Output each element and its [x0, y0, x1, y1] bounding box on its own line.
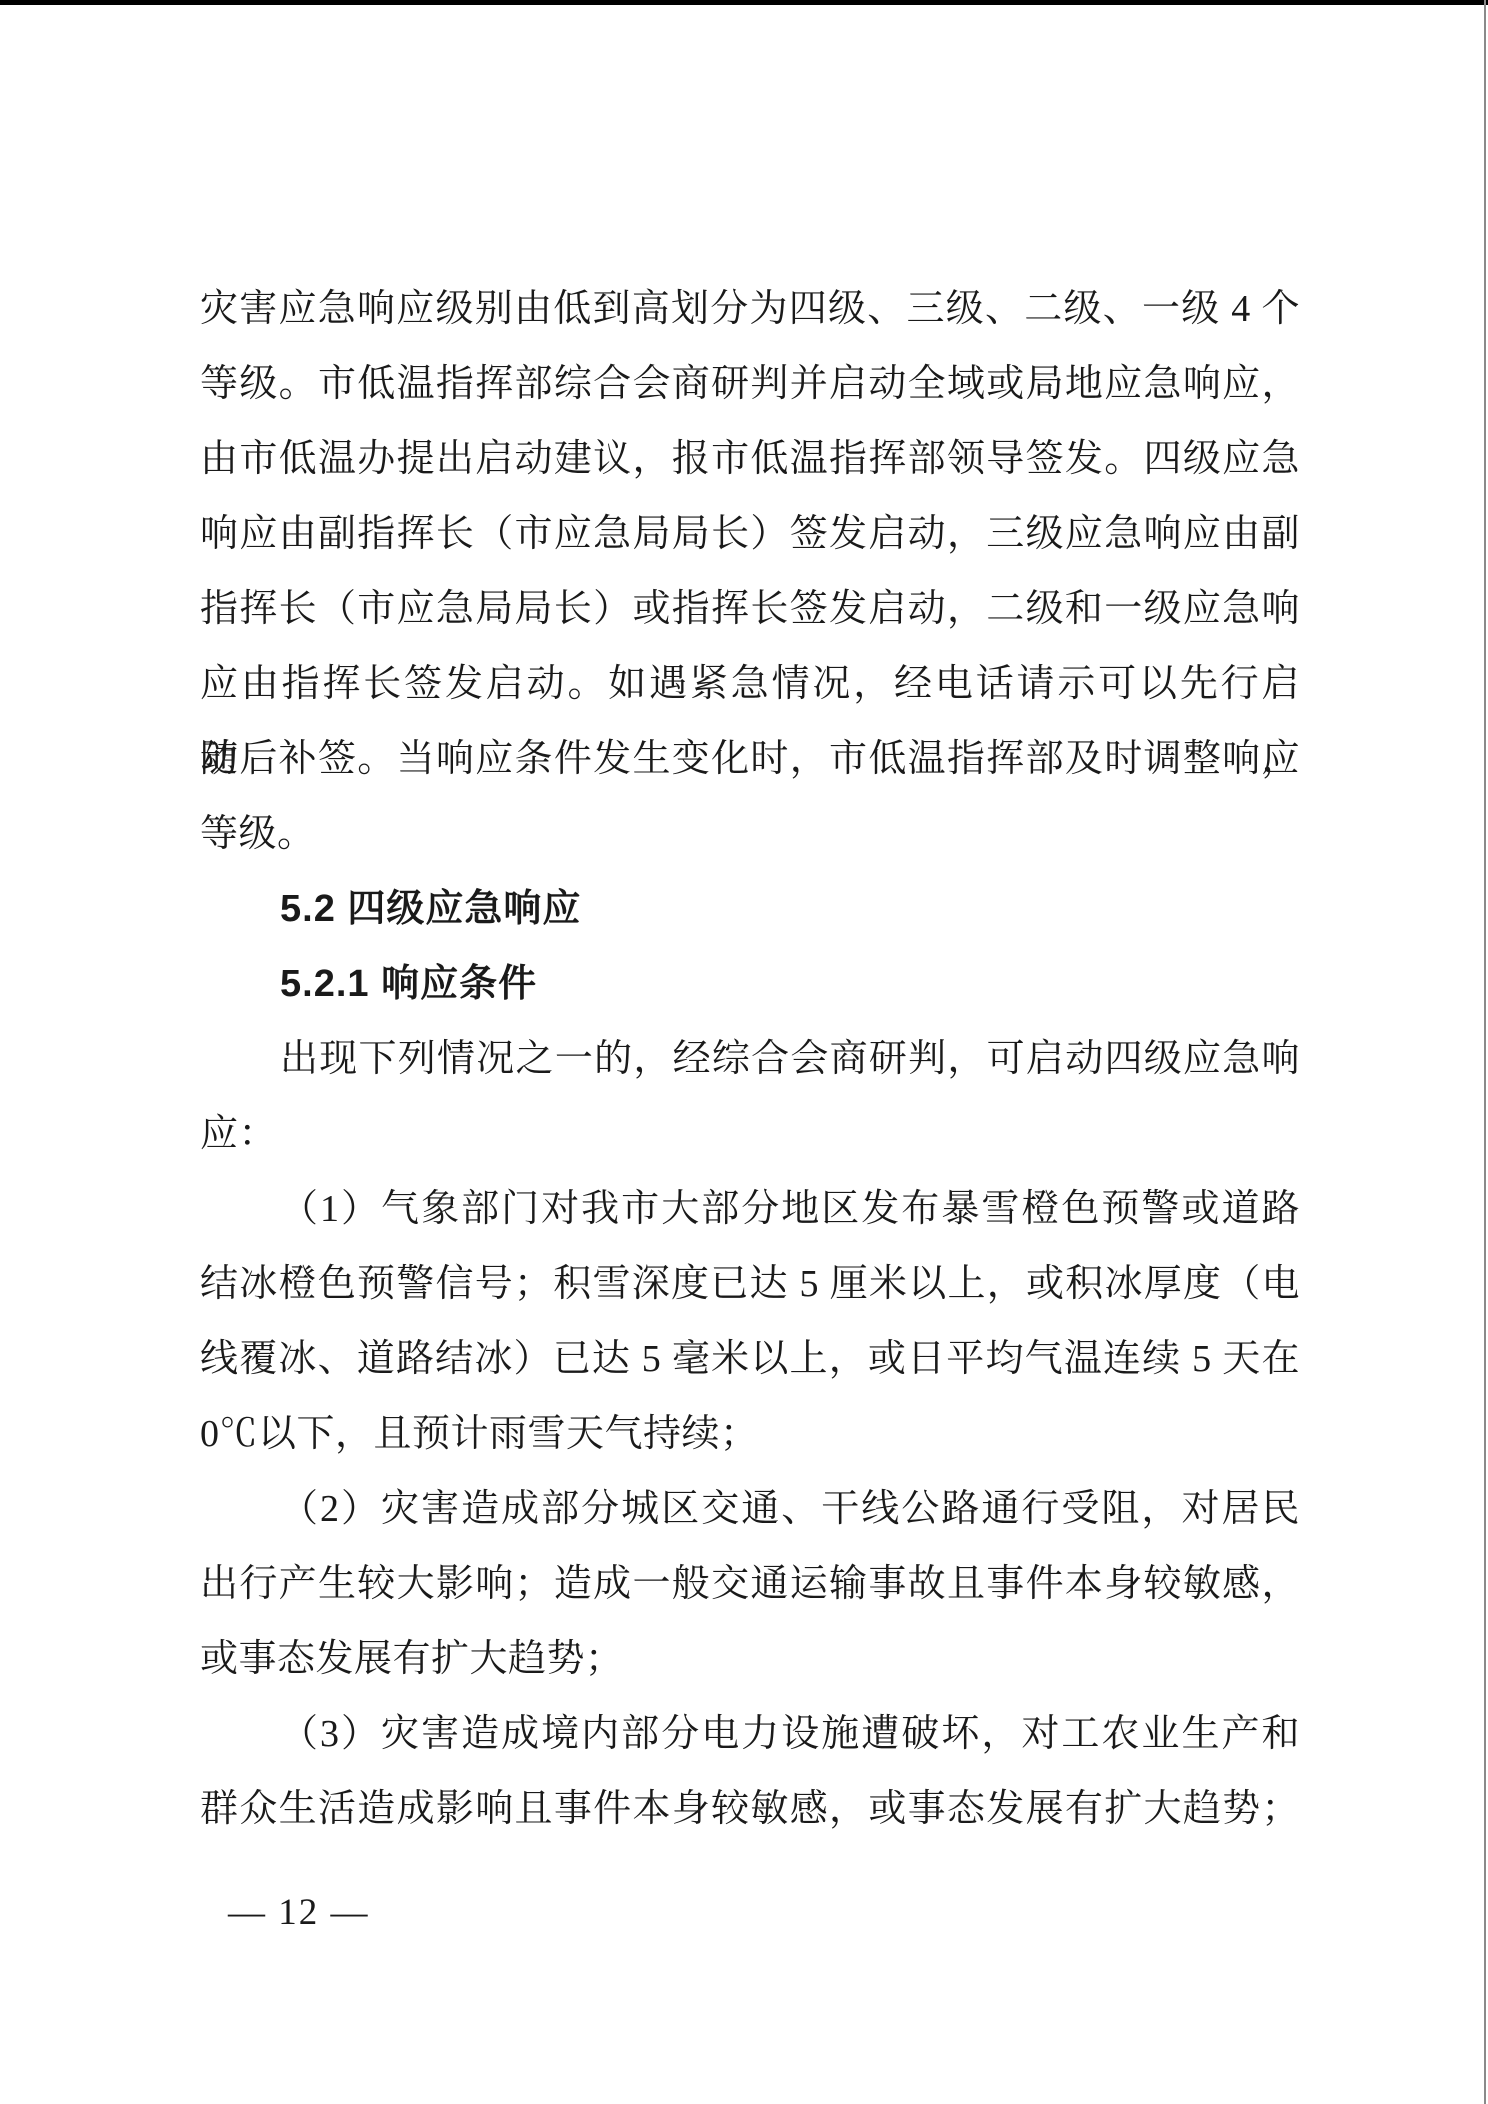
- list-item-line: （3）灾害造成境内部分电力设施遭破坏，对工农业生产和: [200, 1697, 1300, 1772]
- scan-top-edge-bar: [0, 0, 1488, 5]
- paragraph-line: 响应由副指挥长（市应急局局长）签发启动，三级应急响应由副: [200, 497, 1300, 572]
- paragraph-line: 灾害应急响应级别由低到高划分为四级、三级、二级、一级 4 个: [200, 272, 1300, 347]
- paragraph-line: 指挥长（市应急局局长）或指挥长签发启动，二级和一级应急响: [200, 572, 1300, 647]
- paragraph-line: 由市低温办提出启动建议，报市低温指挥部领导签发。四级应急: [200, 422, 1300, 497]
- scan-right-edge-line: [1484, 0, 1486, 2104]
- paragraph-line: 结冰橙色预警信号；积雪深度已达 5 厘米以上，或积冰厚度（电: [200, 1247, 1300, 1322]
- paragraph-line: 出现下列情况之一的，经综合会商研判，可启动四级应急响: [200, 1022, 1300, 1097]
- document-body: 灾害应急响应级别由低到高划分为四级、三级、二级、一级 4 个 等级。市低温指挥部…: [200, 272, 1300, 1847]
- paragraph-line: 出行产生较大影响；造成一般交通运输事故且事件本身较敏感，: [200, 1547, 1300, 1622]
- paragraph-line: 或事态发展有扩大趋势；: [200, 1622, 1300, 1697]
- paragraph-line: 等级。市低温指挥部综合会商研判并启动全域或局地应急响应，: [200, 347, 1300, 422]
- paragraph-line: 应：: [200, 1097, 1300, 1172]
- paragraph-line: 应由指挥长签发启动。如遇紧急情况，经电话请示可以先行启动，: [200, 647, 1300, 722]
- paragraph-line: 线覆冰、道路结冰）已达 5 毫米以上，或日平均气温连续 5 天在: [200, 1322, 1300, 1397]
- paragraph-line: 0℃以下，且预计雨雪天气持续；: [200, 1397, 1300, 1472]
- list-item-line: （2）灾害造成部分城区交通、干线公路通行受阻，对居民: [200, 1472, 1300, 1547]
- paragraph-line: 群众生活造成影响且事件本身较敏感，或事态发展有扩大趋势；: [200, 1772, 1300, 1847]
- paragraph-line: 随后补签。当响应条件发生变化时，市低温指挥部及时调整响应: [200, 722, 1300, 797]
- section-heading-5-2: 5.2 四级应急响应: [200, 872, 1300, 947]
- section-heading-5-2-1: 5.2.1 响应条件: [200, 947, 1300, 1022]
- list-item-line: （1）气象部门对我市大部分地区发布暴雪橙色预警或道路: [200, 1172, 1300, 1247]
- document-page: 灾害应急响应级别由低到高划分为四级、三级、二级、一级 4 个 等级。市低温指挥部…: [0, 0, 1488, 2104]
- page-number: — 12 —: [228, 1888, 370, 1938]
- paragraph-line: 等级。: [200, 797, 1300, 872]
